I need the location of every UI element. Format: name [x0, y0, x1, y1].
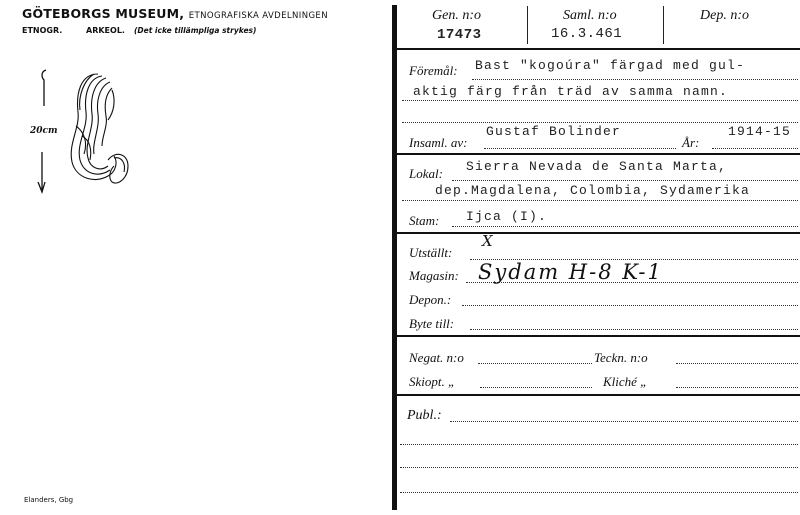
foremal-line-1 [472, 79, 798, 80]
printer-imprint: Elanders, Gbg [24, 496, 73, 504]
strike-note: (Det icke tillämpliga strykes) [134, 26, 256, 35]
gen-no-label: Gen. n:o [432, 8, 481, 24]
publ-label: Publ.: [407, 408, 442, 424]
lokal-value-1: Sierra Nevada de Santa Marta, [466, 159, 727, 174]
kliche-line [676, 387, 798, 388]
divider-gen-saml [527, 6, 528, 44]
object-sketch: 20cm [28, 66, 138, 196]
stam-label: Stam: [409, 213, 439, 229]
skiopt-line [480, 387, 592, 388]
depon-line [462, 305, 798, 306]
publ-line-1 [450, 421, 798, 422]
insaml-line [484, 148, 676, 149]
depon-label: Depon.: [409, 292, 451, 308]
foremal-line-3 [402, 122, 798, 123]
ar-value: 1914-15 [728, 124, 791, 139]
dept-etnogr: ETNOGR. [22, 26, 62, 35]
museum-header: GÖTEBORGS MUSEUM, ETNOGRAFISKA AVDELNING… [22, 6, 328, 21]
publ-line-2 [400, 444, 798, 445]
insaml-value: Gustaf Bolinder [486, 124, 621, 139]
dept-arkeol-struck: ARKEOL. [86, 26, 125, 35]
rule-skiopt [395, 394, 800, 396]
utstallt-value: X [482, 232, 493, 250]
museum-name: GÖTEBORGS MUSEUM, [22, 6, 184, 21]
stam-value: Ijca (I). [466, 209, 547, 224]
publ-line-3 [400, 467, 798, 468]
byte-line [470, 329, 798, 330]
magasin-label: Magasin: [409, 268, 459, 284]
department-name: ETNOGRAFISKA AVDELNINGEN [189, 11, 328, 21]
foremal-value-1: Bast "kogoúra" färgad med gul- [475, 58, 745, 73]
negat-line [478, 363, 592, 364]
rule-byte [395, 335, 800, 337]
kliche-label: Kliché „ [603, 374, 647, 390]
dep-no-label: Dep. n:o [700, 8, 749, 24]
gen-no-value: 17473 [437, 27, 482, 43]
negat-label: Negat. n:o [409, 350, 464, 366]
byte-label: Byte till: [409, 316, 454, 332]
utstallt-label: Utställt: [409, 245, 452, 261]
lokal-label: Lokal: [409, 166, 443, 182]
foremal-label: Föremål: [409, 63, 458, 79]
teckn-label: Teckn. n:o [594, 350, 648, 366]
insaml-label: Insaml. av: [409, 135, 468, 151]
stam-line [452, 226, 798, 227]
rule-stam [395, 232, 800, 234]
teckn-line [676, 363, 798, 364]
lokal-line-1 [452, 180, 798, 181]
lokal-line-2 [402, 200, 798, 201]
foremal-value-2: aktig färg från träd av samma namn. [413, 84, 728, 99]
skiopt-label: Skiopt. „ [409, 374, 455, 390]
scale-label: 20cm [30, 126, 58, 136]
lokal-value-2: dep.Magdalena, Colombia, Sydamerika [435, 183, 750, 198]
saml-no-value: 16.3.461 [551, 26, 622, 42]
saml-no-label: Saml. n:o [563, 8, 617, 24]
publ-line-4 [400, 492, 798, 493]
ar-label: År: [682, 135, 699, 151]
rule-insaml [395, 153, 800, 155]
divider-saml-dep [663, 6, 664, 44]
foremal-line-2 [402, 100, 798, 101]
ar-line [712, 148, 798, 149]
rule-numbers [395, 48, 800, 50]
card-left-border [392, 5, 397, 510]
magasin-value: Sydam H-8 K-1 [478, 260, 663, 284]
department-row: ETNOGR. ARKEOL. (Det icke tillämpliga st… [22, 26, 62, 35]
